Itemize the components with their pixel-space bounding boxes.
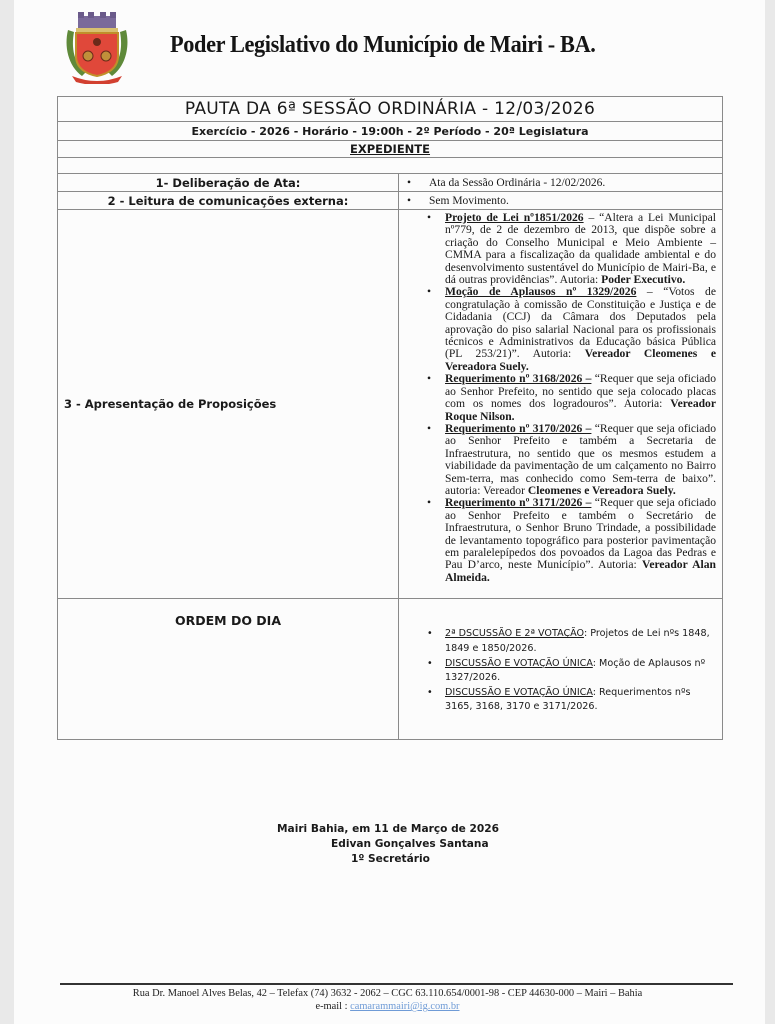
- ordem-list-cell: 2ª DSCUSSÃO E 2ª VOTAÇÃO: Projetos de Le…: [399, 599, 723, 740]
- proposition-author: Poder Executivo.: [601, 273, 685, 286]
- proposicoes-label: 3 - Apresentação de Proposições: [58, 210, 399, 599]
- footer-email-line: e-mail : camarammairi@ig.com.br: [0, 1000, 775, 1013]
- agenda-row-ordem: ORDEM DO DIA 2ª DSCUSSÃO E 2ª VOTAÇÃO: P…: [58, 599, 723, 740]
- proposition-ref: Requerimento nº 3171/2026 –: [445, 496, 591, 509]
- list-item: Requerimento nº 3168/2026 – “Requer que …: [445, 373, 716, 423]
- proposition-ref: Requerimento nº 3168/2026 –: [445, 372, 591, 385]
- list-item: DISCUSSÃO E VOTAÇÃO ÚNICA: Requerimentos…: [445, 686, 718, 715]
- footer-email-link[interactable]: camarammairi@ig.com.br: [350, 1001, 459, 1012]
- list-item: 2ª DSCUSSÃO E 2ª VOTAÇÃO: Projetos de Le…: [445, 627, 718, 656]
- footer-divider: [60, 983, 733, 985]
- list-item: Requerimento nº 3170/2026 – “Requer que …: [445, 423, 716, 497]
- list-item: DISCUSSÃO E VOTAÇÃO ÚNICA: Moção de Apla…: [445, 657, 718, 686]
- proposition-ref: Requerimento nº 3170/2026 –: [445, 422, 591, 435]
- signature-role: 1º Secretário: [351, 852, 430, 867]
- section-heading-expediente: EXPEDIENTE: [58, 141, 723, 158]
- agenda-row-proposicoes: 3 - Apresentação de Proposições Projeto …: [58, 210, 723, 599]
- proposition-author: Cleomenes e Vereadora Suely.: [528, 484, 676, 497]
- item-label: 1- Deliberação de Ata:: [58, 174, 399, 192]
- coat-of-arms-icon: [62, 10, 132, 84]
- signature-place-date: Mairi Bahia, em 11 de Março de 2026: [277, 822, 499, 837]
- item-value-text: Sem Movimento.: [429, 195, 509, 207]
- signature-name: Edivan Gonçalves Santana: [331, 837, 489, 852]
- proposition-ref: Moção de Aplausos nº 1329/2026: [445, 285, 636, 298]
- agenda-table: PAUTA DA 6ª SESSÃO ORDINÁRIA - 12/03/202…: [57, 96, 723, 740]
- list-item: Moção de Aplausos nº 1329/2026 – “Votos …: [445, 286, 716, 373]
- item-value: •Ata da Sessão Ordinária - 12/02/2026.: [399, 174, 723, 192]
- ordem-head: DISCUSSÃO E VOTAÇÃO ÚNICA: [445, 687, 593, 698]
- item-value: •Sem Movimento.: [399, 192, 723, 210]
- footer-address: Rua Dr. Manoel Alves Belas, 42 – Telefax…: [0, 987, 775, 1000]
- item-value-text: Ata da Sessão Ordinária - 12/02/2026.: [429, 177, 605, 189]
- ordem-head: 2ª DSCUSSÃO E 2ª VOTAÇÃO: [445, 628, 584, 639]
- agenda-title: PAUTA DA 6ª SESSÃO ORDINÁRIA - 12/03/202…: [58, 97, 723, 122]
- proposicoes-list: Projeto de Lei nº1851/2026 – “Altera a L…: [399, 210, 722, 598]
- list-item: Requerimento nº 3171/2026 – “Requer que …: [445, 497, 716, 584]
- section-heading-text: EXPEDIENTE: [350, 142, 430, 156]
- agenda-row: 2 - Leitura de comunicações externa: •Se…: [58, 192, 723, 210]
- header-title: Poder Legislativo do Município de Mairi …: [170, 32, 596, 59]
- ordem-head: DISCUSSÃO E VOTAÇÃO ÚNICA: [445, 658, 593, 669]
- list-item: Projeto de Lei nº1851/2026 – “Altera a L…: [445, 212, 716, 286]
- footer: Rua Dr. Manoel Alves Belas, 42 – Telefax…: [0, 987, 775, 1013]
- ordem-list: 2ª DSCUSSÃO E 2ª VOTAÇÃO: Projetos de Le…: [399, 613, 722, 725]
- blank-row: [58, 158, 723, 174]
- proposicoes-list-cell: Projeto de Lei nº1851/2026 – “Altera a L…: [399, 210, 723, 599]
- item-label: 2 - Leitura de comunicações externa:: [58, 192, 399, 210]
- proposition-ref: Projeto de Lei nº1851/2026: [445, 211, 584, 224]
- agenda-subtitle: Exercício - 2026 - Horário - 19:00h - 2º…: [58, 122, 723, 141]
- footer-email-label: e-mail :: [315, 1001, 350, 1012]
- agenda-row: 1- Deliberação de Ata: •Ata da Sessão Or…: [58, 174, 723, 192]
- ordem-label: ORDEM DO DIA: [58, 599, 399, 740]
